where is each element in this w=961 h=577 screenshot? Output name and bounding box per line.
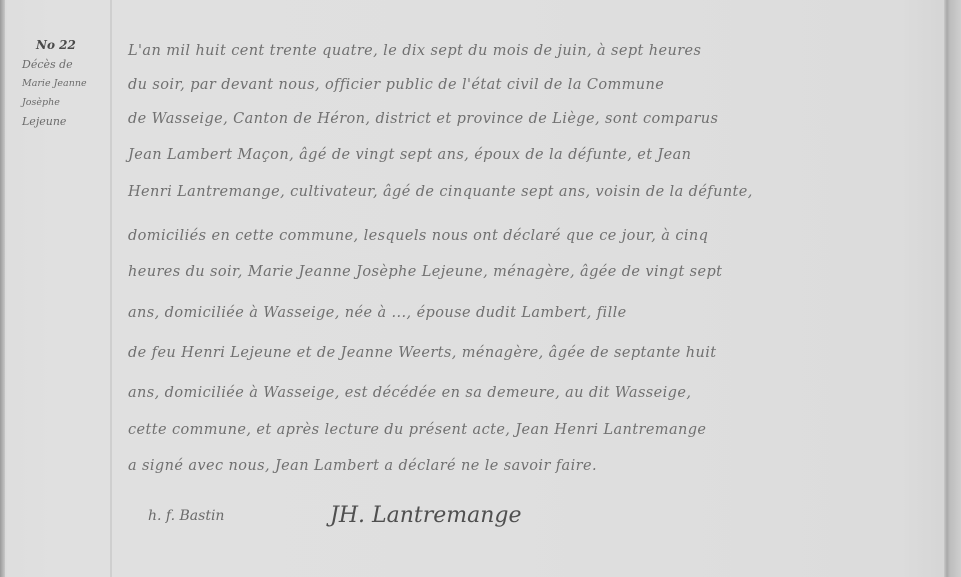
page-left-edge	[0, 0, 5, 577]
record-line: domiciliés en cette commune, lesquels no…	[128, 228, 708, 244]
document-scan: No 22 Décès de Marie Jeanne Josèphe Leje…	[0, 0, 961, 577]
page-binding-fold	[944, 0, 961, 577]
record-line: L'an mil huit cent trente quatre, le dix…	[128, 43, 701, 59]
entry-number: No 22	[22, 36, 108, 55]
record-line: du soir, par devant nous, officier publi…	[128, 77, 664, 93]
record-line: ans, domiciliée à Wasseige, est décédée …	[128, 385, 691, 401]
record-line: heures du soir, Marie Jeanne Josèphe Lej…	[128, 264, 722, 280]
witness-signature: JH. Lantremange	[330, 503, 522, 528]
officer-signature: h. f. Bastin	[148, 508, 224, 524]
record-line: cette commune, et après lecture du prése…	[128, 422, 706, 438]
margin-note-line: Marie Jeanne Josèphe	[22, 74, 108, 112]
record-line: Jean Lambert Maçon, âgé de vingt sept an…	[128, 147, 691, 163]
record-line: Henri Lantremange, cultivateur, âgé de c…	[128, 184, 753, 200]
record-line: a signé avec nous, Jean Lambert a déclar…	[128, 458, 597, 474]
record-line: ans, domiciliée à Wasseige, née à ..., é…	[128, 305, 627, 321]
margin-rule	[110, 0, 112, 577]
margin-note: No 22 Décès de Marie Jeanne Josèphe Leje…	[22, 36, 108, 131]
margin-note-line: Décès de	[22, 55, 108, 74]
margin-note-line: Lejeune	[22, 112, 108, 131]
record-line: de feu Henri Lejeune et de Jeanne Weerts…	[128, 345, 717, 361]
record-line: de Wasseige, Canton de Héron, district e…	[128, 111, 718, 127]
